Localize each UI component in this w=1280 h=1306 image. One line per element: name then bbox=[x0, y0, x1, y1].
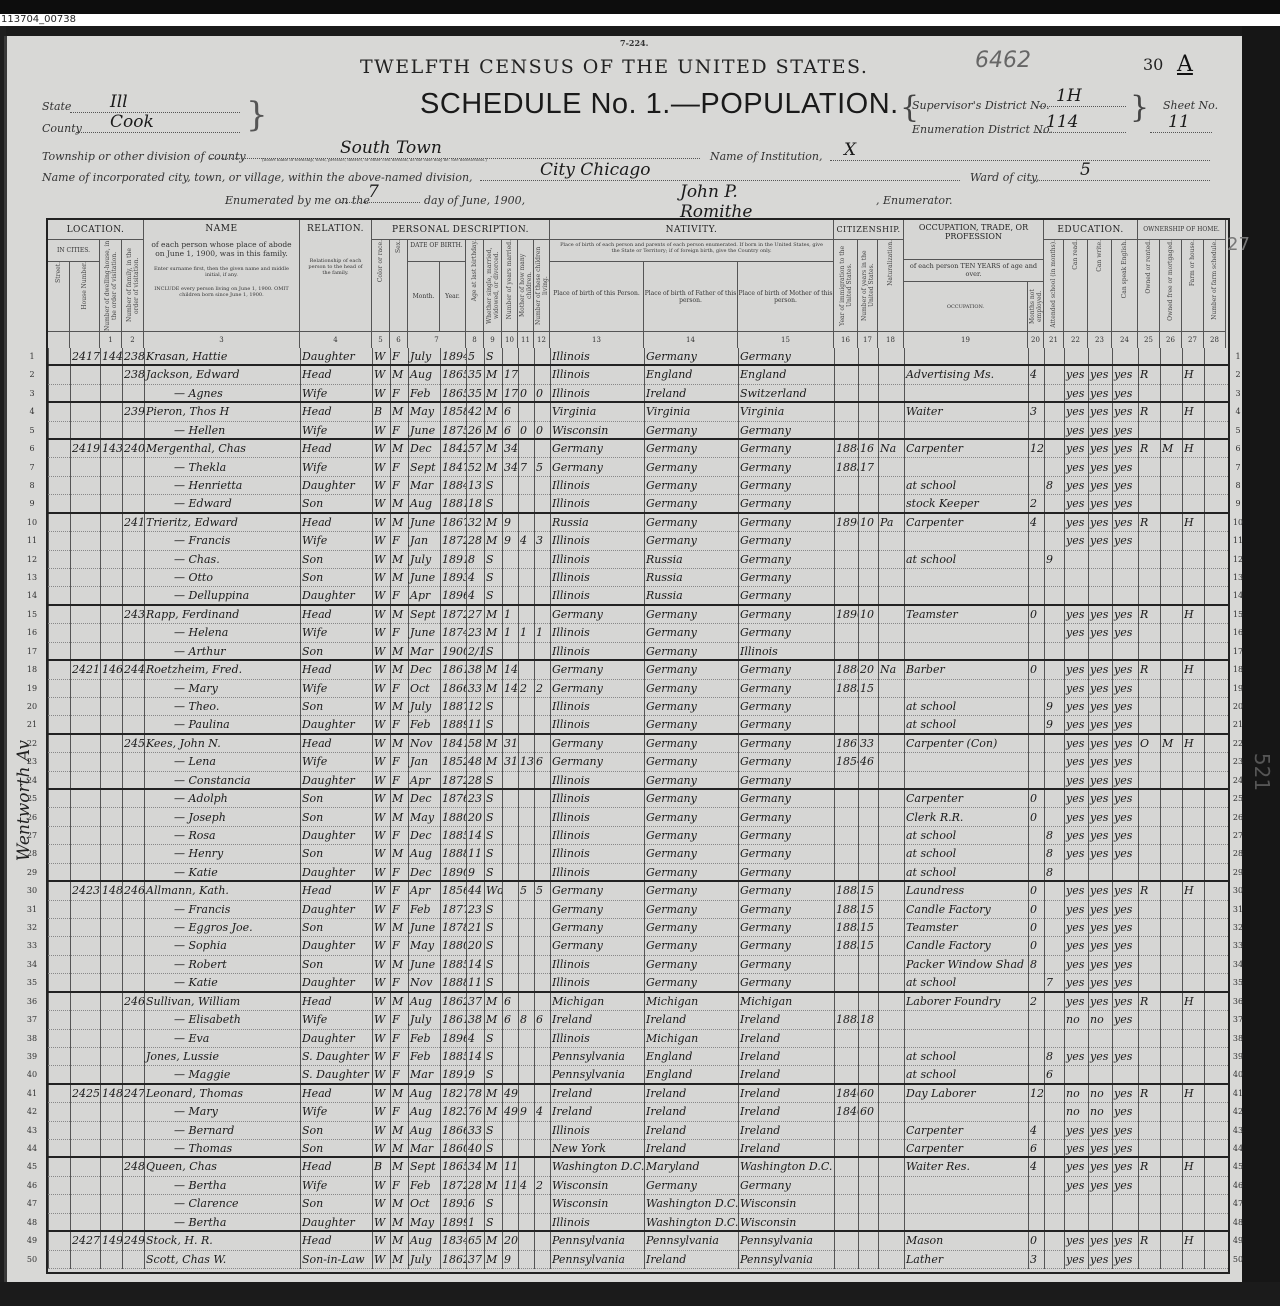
cell-pob: Illinois bbox=[550, 864, 644, 882]
header-occupation-col: OCCUPATION. bbox=[904, 282, 1028, 332]
cell-read: yes bbox=[1064, 606, 1088, 624]
cell-mort bbox=[1160, 569, 1182, 587]
cell-color: W bbox=[372, 477, 390, 495]
cell-relation: Head bbox=[300, 735, 372, 753]
cell-mort bbox=[1160, 845, 1182, 863]
header-color: Color or race. bbox=[372, 240, 390, 332]
cell-family: 244 bbox=[122, 661, 144, 679]
line-number: 11 bbox=[1228, 536, 1248, 545]
cell-school bbox=[1044, 643, 1064, 661]
cell-year: 1866 bbox=[440, 1122, 466, 1140]
cell-year: 1834 bbox=[440, 1232, 466, 1250]
cell-ym: 20 bbox=[502, 1232, 518, 1250]
cell-occ: Carpenter bbox=[904, 790, 1028, 808]
cell-color: W bbox=[372, 864, 390, 882]
cell-pobf: Germany bbox=[644, 901, 738, 919]
line-number: 49 bbox=[1228, 1236, 1248, 1245]
cell-occ: Carpenter bbox=[904, 1122, 1028, 1140]
cell-ym: 17 bbox=[502, 385, 518, 403]
cell-own bbox=[1138, 385, 1160, 403]
cell-occ bbox=[904, 1011, 1028, 1029]
cell-relation: Daughter bbox=[300, 772, 372, 790]
cell-yrs bbox=[858, 569, 878, 587]
cell-pobm: Ireland bbox=[738, 1030, 834, 1048]
cell-ym: 49 bbox=[502, 1103, 518, 1121]
header-farm: Farm or house. bbox=[1182, 240, 1204, 332]
cell-write: yes bbox=[1088, 1158, 1112, 1176]
cell-color: W bbox=[372, 348, 390, 366]
cell-school: 8 bbox=[1044, 845, 1064, 863]
table-row: 2423148246Allmann, Kath.HeadWFApr185644W… bbox=[48, 882, 1228, 900]
cell-mc bbox=[518, 348, 534, 366]
cell-nat bbox=[878, 790, 904, 808]
cell-mc: 7 bbox=[518, 459, 534, 477]
cell-nat bbox=[878, 772, 904, 790]
cell-relation: Head bbox=[300, 403, 372, 421]
cell-own bbox=[1138, 809, 1160, 827]
cell-name: — Hellen bbox=[144, 422, 300, 440]
line-number: 26 bbox=[22, 813, 42, 822]
cell-ym: 9 bbox=[502, 532, 518, 550]
cell-family bbox=[122, 1177, 144, 1195]
cell-unemp: 12 bbox=[1028, 440, 1044, 458]
cell-month: Sept bbox=[408, 459, 440, 477]
cell-mort bbox=[1160, 366, 1182, 384]
cell-farm: H bbox=[1182, 661, 1204, 679]
line-number: 39 bbox=[1228, 1052, 1248, 1061]
cell-school bbox=[1044, 422, 1064, 440]
cell-dwelling bbox=[100, 845, 122, 863]
cell-age: 28 bbox=[466, 532, 484, 550]
cell-school bbox=[1044, 1177, 1064, 1195]
cell-mort bbox=[1160, 587, 1182, 605]
cell-mort bbox=[1160, 993, 1182, 1011]
cell-month: Dec bbox=[408, 661, 440, 679]
cell-school bbox=[1044, 1030, 1064, 1048]
cell-relation: Daughter bbox=[300, 716, 372, 734]
cell-farm bbox=[1182, 680, 1204, 698]
cell-house: 2427 bbox=[70, 1232, 100, 1250]
cell-dwelling bbox=[100, 1103, 122, 1121]
header-months-unemployed: Months not employed. bbox=[1028, 282, 1044, 332]
cell-yrs: 17 bbox=[858, 459, 878, 477]
cell-house bbox=[70, 532, 100, 550]
cell-relation: Wife bbox=[300, 532, 372, 550]
cell-sex: F bbox=[390, 1048, 408, 1066]
cell-farm: H bbox=[1182, 440, 1204, 458]
cell-own bbox=[1138, 624, 1160, 642]
table-row: — ClarenceSonWMOct18936SWisconsinWashing… bbox=[48, 1195, 1228, 1213]
cell-dwelling bbox=[100, 864, 122, 882]
cell-cl bbox=[534, 495, 550, 513]
cell-own bbox=[1138, 753, 1160, 771]
line-number: 46 bbox=[22, 1181, 42, 1190]
cell-age: 27 bbox=[466, 606, 484, 624]
cell-month: Nov bbox=[408, 974, 440, 992]
table-row: — HellenWifeWFJune187526M600WisconsinGer… bbox=[48, 422, 1228, 440]
cell-eng: yes bbox=[1112, 1232, 1138, 1250]
table-row: — EvaDaughterWFFeb18964SIllinoisMichigan… bbox=[48, 1030, 1228, 1048]
cell-house bbox=[70, 827, 100, 845]
cell-ym: 11 bbox=[502, 1158, 518, 1176]
cell-write bbox=[1088, 1195, 1112, 1213]
population-table: LOCATION. IN CITIES. Number of dwelling-… bbox=[46, 218, 1230, 1274]
cell-nat bbox=[878, 643, 904, 661]
cell-farm: H bbox=[1182, 366, 1204, 384]
cell-nat bbox=[878, 1085, 904, 1103]
cell-mort bbox=[1160, 680, 1182, 698]
cell-read: yes bbox=[1064, 735, 1088, 753]
cell-mort bbox=[1160, 495, 1182, 513]
cell-school bbox=[1044, 1085, 1064, 1103]
cell-month: July bbox=[408, 1011, 440, 1029]
cell-house bbox=[70, 753, 100, 771]
line-number: 10 bbox=[1228, 518, 1248, 527]
cell-year: 1847 bbox=[440, 459, 466, 477]
table-row: — BerthaDaughterWMMay18991SIllinoisWashi… bbox=[48, 1214, 1228, 1232]
cell-own bbox=[1138, 551, 1160, 569]
cell-color: W bbox=[372, 1066, 390, 1084]
cell-unemp bbox=[1028, 551, 1044, 569]
cell-month: Feb bbox=[408, 385, 440, 403]
cell-eng bbox=[1112, 1195, 1138, 1213]
cell-relation: Wife bbox=[300, 753, 372, 771]
cell-color: W bbox=[372, 680, 390, 698]
column-number: 8 bbox=[466, 332, 484, 348]
cell-age: 4 bbox=[466, 569, 484, 587]
cell-mort bbox=[1160, 937, 1182, 955]
cell-pob: Germany bbox=[550, 901, 644, 919]
cell-nat bbox=[878, 459, 904, 477]
cell-sex: F bbox=[390, 422, 408, 440]
column-number: 5 bbox=[372, 332, 390, 348]
cell-eng: yes bbox=[1112, 1048, 1138, 1066]
cell-read bbox=[1064, 1214, 1088, 1232]
cell-name: Jackson, Edward bbox=[144, 366, 300, 384]
cell-mort bbox=[1160, 956, 1182, 974]
cell-cl: 0 bbox=[534, 385, 550, 403]
cell-ym: 9 bbox=[502, 514, 518, 532]
cell-age: 48 bbox=[466, 753, 484, 771]
cell-imm bbox=[834, 974, 858, 992]
cell-yrs bbox=[858, 790, 878, 808]
table-row: — EdwardSonWMAug188118SIllinoisGermanyGe… bbox=[48, 495, 1228, 513]
cell-write: yes bbox=[1088, 680, 1112, 698]
cell-mort bbox=[1160, 1140, 1182, 1158]
cell-school bbox=[1044, 809, 1064, 827]
cell-year: 1858 bbox=[440, 403, 466, 421]
cell-sex: F bbox=[390, 753, 408, 771]
cell-color: W bbox=[372, 1195, 390, 1213]
cell-occ: at school bbox=[904, 716, 1028, 734]
cell-ym bbox=[502, 956, 518, 974]
cell-write: yes bbox=[1088, 1048, 1112, 1066]
cell-write bbox=[1088, 348, 1112, 366]
cell-mort bbox=[1160, 716, 1182, 734]
cell-family bbox=[122, 698, 144, 716]
cell-ym bbox=[502, 569, 518, 587]
cell-yrs bbox=[858, 348, 878, 366]
cell-marital: M bbox=[484, 1103, 502, 1121]
cell-mc bbox=[518, 440, 534, 458]
cell-cl bbox=[534, 919, 550, 937]
column-number: 26 bbox=[1160, 332, 1182, 348]
cell-pobf: Germany bbox=[644, 716, 738, 734]
cell-own bbox=[1138, 937, 1160, 955]
cell-name: Mergenthal, Chas bbox=[144, 440, 300, 458]
column-number: 21 bbox=[1044, 332, 1064, 348]
cell-cl: 3 bbox=[534, 532, 550, 550]
line-number: 42 bbox=[1228, 1107, 1248, 1116]
cell-own bbox=[1138, 1103, 1160, 1121]
cell-marital: M bbox=[484, 532, 502, 550]
cell-age: 14 bbox=[466, 1048, 484, 1066]
line-number: 8 bbox=[1228, 481, 1248, 490]
cell-sex: M bbox=[390, 790, 408, 808]
cell-ym bbox=[502, 882, 518, 900]
cell-yrs bbox=[858, 477, 878, 495]
cell-name: Stock, H. R. bbox=[144, 1232, 300, 1250]
cell-pobm: Ireland bbox=[738, 1011, 834, 1029]
cell-own bbox=[1138, 1122, 1160, 1140]
cell-month: Mar bbox=[408, 643, 440, 661]
cell-sex: M bbox=[390, 643, 408, 661]
line-number: 40 bbox=[22, 1070, 42, 1079]
cell-year: 1861 bbox=[440, 661, 466, 679]
state-label: State bbox=[42, 100, 71, 113]
cell-nat bbox=[878, 1177, 904, 1195]
cell-cl bbox=[534, 901, 550, 919]
cell-mort bbox=[1160, 1122, 1182, 1140]
cell-pob: Illinois bbox=[550, 495, 644, 513]
cell-family: 246 bbox=[122, 882, 144, 900]
cell-read: yes bbox=[1064, 772, 1088, 790]
cell-name: Krasan, Hattie bbox=[144, 348, 300, 366]
line-number: 39 bbox=[22, 1052, 42, 1061]
brace: } bbox=[246, 98, 268, 132]
cell-pobm: Switzerland bbox=[738, 385, 834, 403]
cell-dwelling bbox=[100, 385, 122, 403]
cell-ym bbox=[502, 772, 518, 790]
cell-mort bbox=[1160, 1177, 1182, 1195]
cell-ym: 49 bbox=[502, 1085, 518, 1103]
cell-school bbox=[1044, 753, 1064, 771]
cell-cl bbox=[534, 1085, 550, 1103]
cell-pobf: Germany bbox=[644, 606, 738, 624]
cell-school bbox=[1044, 403, 1064, 421]
table-row: 245Kees, John N.HeadWMNov184158M31German… bbox=[48, 735, 1228, 753]
cell-relation: S. Daughter bbox=[300, 1048, 372, 1066]
line-number: 35 bbox=[22, 978, 42, 987]
cell-sex: F bbox=[390, 385, 408, 403]
cell-pobm: Germany bbox=[738, 716, 834, 734]
cell-color: W bbox=[372, 1140, 390, 1158]
cell-month: Aug bbox=[408, 845, 440, 863]
cell-nat bbox=[878, 753, 904, 771]
cell-mort bbox=[1160, 459, 1182, 477]
cell-family: 248 bbox=[122, 1158, 144, 1176]
cell-marital: S bbox=[484, 974, 502, 992]
cell-occ: at school bbox=[904, 864, 1028, 882]
column-number: 24 bbox=[1112, 332, 1138, 348]
cell-month: July bbox=[408, 1251, 440, 1269]
cell-dwelling bbox=[100, 643, 122, 661]
cell-month: July bbox=[408, 551, 440, 569]
cell-age: 38 bbox=[466, 661, 484, 679]
institution-value: X bbox=[830, 140, 1210, 161]
cell-dwelling bbox=[100, 772, 122, 790]
line-number: 29 bbox=[22, 868, 42, 877]
column-number: 11 bbox=[518, 332, 534, 348]
cell-month: Mar bbox=[408, 477, 440, 495]
cell-age: 23 bbox=[466, 790, 484, 808]
cell-read: yes bbox=[1064, 514, 1088, 532]
cell-farm bbox=[1182, 937, 1204, 955]
cell-house: 2425 bbox=[70, 1085, 100, 1103]
cell-farm bbox=[1182, 532, 1204, 550]
cell-school bbox=[1044, 624, 1064, 642]
cell-marital: M bbox=[484, 624, 502, 642]
cell-dwelling: 148 bbox=[100, 882, 122, 900]
cell-color: W bbox=[372, 937, 390, 955]
cell-own: R bbox=[1138, 606, 1160, 624]
cell-year: 1861 bbox=[440, 1011, 466, 1029]
cell-ym bbox=[502, 716, 518, 734]
cell-dwelling bbox=[100, 1251, 122, 1269]
cell-marital: M bbox=[484, 680, 502, 698]
cell-dwelling bbox=[100, 366, 122, 384]
cell-cl bbox=[534, 569, 550, 587]
cell-eng: yes bbox=[1112, 937, 1138, 955]
cell-occ bbox=[904, 1103, 1028, 1121]
cell-write: yes bbox=[1088, 1122, 1112, 1140]
cell-family bbox=[122, 1011, 144, 1029]
cell-pob: Germany bbox=[550, 735, 644, 753]
cell-age: 28 bbox=[466, 1177, 484, 1195]
cell-marital: M bbox=[484, 366, 502, 384]
column-number: 28 bbox=[1204, 332, 1226, 348]
cell-month: Aug bbox=[408, 495, 440, 513]
cell-read: yes bbox=[1064, 661, 1088, 679]
line-number: 11 bbox=[22, 536, 42, 545]
cell-yrs bbox=[858, 993, 878, 1011]
cell-pobm: Germany bbox=[738, 956, 834, 974]
cell-nat bbox=[878, 901, 904, 919]
cell-mort bbox=[1160, 1158, 1182, 1176]
cell-school: 8 bbox=[1044, 864, 1064, 882]
cell-pobf: Germany bbox=[644, 845, 738, 863]
cell-mort bbox=[1160, 422, 1182, 440]
cell-unemp bbox=[1028, 698, 1044, 716]
cell-imm bbox=[834, 864, 858, 882]
cell-mort bbox=[1160, 974, 1182, 992]
cell-yrs: 20 bbox=[858, 661, 878, 679]
cell-color: W bbox=[372, 1030, 390, 1048]
cell-pob: Germany bbox=[550, 680, 644, 698]
cell-mc bbox=[518, 1085, 534, 1103]
cell-cl bbox=[534, 698, 550, 716]
cell-sex: F bbox=[390, 882, 408, 900]
enumerator-label: , Enumerator. bbox=[876, 194, 953, 207]
cell-ym: 31 bbox=[502, 753, 518, 771]
cell-month: Aug bbox=[408, 366, 440, 384]
cell-cl: 5 bbox=[534, 459, 550, 477]
cell-farm bbox=[1182, 901, 1204, 919]
cell-sex: F bbox=[390, 827, 408, 845]
cell-yrs bbox=[858, 1158, 878, 1176]
cell-dwelling bbox=[100, 1195, 122, 1213]
cell-year: 1877 bbox=[440, 901, 466, 919]
cell-write: yes bbox=[1088, 1232, 1112, 1250]
cell-ym bbox=[502, 551, 518, 569]
cell-write: yes bbox=[1088, 385, 1112, 403]
cell-mort bbox=[1160, 1251, 1182, 1269]
cell-month: Nov bbox=[408, 735, 440, 753]
cell-pobm: Germany bbox=[738, 919, 834, 937]
cell-dwelling bbox=[100, 1158, 122, 1176]
cell-ym: 1 bbox=[502, 606, 518, 624]
cell-occ: Carpenter bbox=[904, 514, 1028, 532]
cell-write: yes bbox=[1088, 809, 1112, 827]
cell-unemp: 0 bbox=[1028, 606, 1044, 624]
cell-occ: Carpenter (Con) bbox=[904, 735, 1028, 753]
cell-farm bbox=[1182, 1251, 1204, 1269]
cell-dwelling bbox=[100, 422, 122, 440]
cell-pobm: Germany bbox=[738, 551, 834, 569]
cell-imm bbox=[834, 1122, 858, 1140]
cell-year: 1891 bbox=[440, 551, 466, 569]
cell-year: 1900 bbox=[440, 643, 466, 661]
cell-farm: H bbox=[1182, 606, 1204, 624]
cell-mc: 9 bbox=[518, 1103, 534, 1121]
cell-mc bbox=[518, 661, 534, 679]
cell-dwelling bbox=[100, 790, 122, 808]
cell-marital: M bbox=[484, 753, 502, 771]
cell-school bbox=[1044, 1122, 1064, 1140]
cell-occ: Candle Factory bbox=[904, 901, 1028, 919]
cell-marital: S bbox=[484, 698, 502, 716]
cell-write: no bbox=[1088, 1085, 1112, 1103]
cell-family bbox=[122, 532, 144, 550]
cell-marital: S bbox=[484, 919, 502, 937]
cell-nat bbox=[878, 937, 904, 955]
cell-name: Jones, Lussie bbox=[144, 1048, 300, 1066]
cell-unemp: 8 bbox=[1028, 956, 1044, 974]
cell-color: W bbox=[372, 919, 390, 937]
cell-imm: 1885 bbox=[834, 882, 858, 900]
image-id-label: 113704_00738 bbox=[0, 14, 1280, 26]
cell-read: yes bbox=[1064, 403, 1088, 421]
header-years-us: Number of years in the United States. bbox=[858, 240, 878, 332]
cell-nat bbox=[878, 1232, 904, 1250]
supervisor-value: 1H bbox=[1036, 86, 1126, 107]
line-number: 42 bbox=[22, 1107, 42, 1116]
cell-marital: M bbox=[484, 661, 502, 679]
cell-relation: Son bbox=[300, 809, 372, 827]
cell-pob: Illinois bbox=[550, 348, 644, 366]
cell-ym bbox=[502, 643, 518, 661]
cell-nat bbox=[878, 477, 904, 495]
cell-age: 1 bbox=[466, 1214, 484, 1232]
cell-cl bbox=[534, 440, 550, 458]
cell-pobf: Ireland bbox=[644, 1103, 738, 1121]
cell-month: Feb bbox=[408, 1048, 440, 1066]
cell-month: Dec bbox=[408, 827, 440, 845]
cell-cl bbox=[534, 1232, 550, 1250]
line-number: 35 bbox=[1228, 978, 1248, 987]
cell-house: 2423 bbox=[70, 882, 100, 900]
cell-sex: F bbox=[390, 1030, 408, 1048]
